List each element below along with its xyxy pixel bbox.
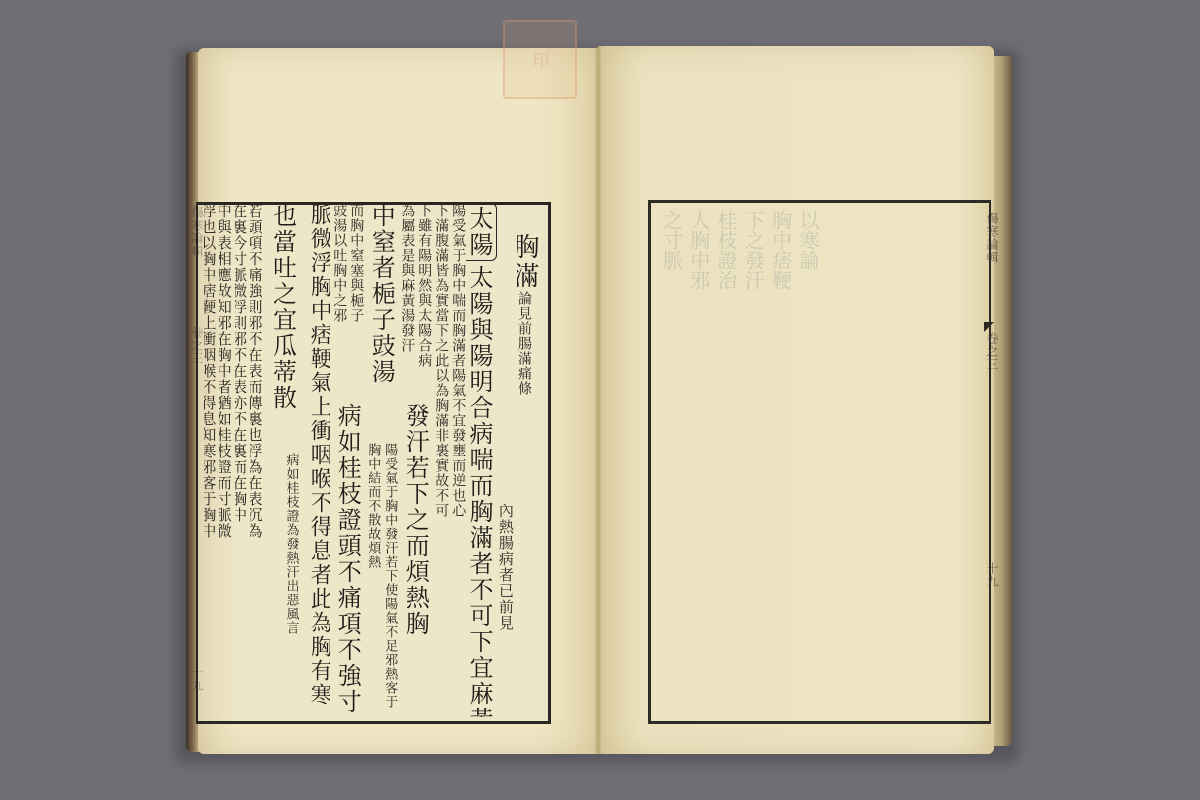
banxin-book-title: 傷寒論輯 bbox=[985, 212, 999, 264]
text-column-heading: 胸滿論見前腸滿痛條 bbox=[517, 203, 544, 717]
section-label-box: 太陽 bbox=[466, 203, 497, 261]
center-gutter bbox=[594, 46, 602, 754]
banxin-volume: 卷之三 bbox=[985, 332, 999, 371]
show-through-text: 以寒論 胸中痞鞕 下之發汗 桂枝證治 人胸中邪 之寸脈 bbox=[660, 210, 820, 710]
text-column-double-note: 陽受氣于胸中喘而胸滿者陽氣不宜發壅而逆也心 下滿腹滿皆為實當下之此以為胸滿非裏實… bbox=[432, 203, 466, 717]
text-column-mixed: 下雖有陽明然與太陽合病 為屬表是與麻黃湯發汗 發汗若下之而煩熱胸 bbox=[398, 203, 432, 717]
text-column-mixed: 也當吐之宜瓜蒂散 病如桂枝證為發熱汗出惡風言 bbox=[265, 203, 299, 717]
text-column-main: 太陽太陽與陽明合病喘而胸滿者不可下宜麻黃湯 bbox=[466, 203, 497, 717]
text-column-main: 脈微浮胸中痞鞕氣上衝咽喉不得息者此為胸有寒 bbox=[299, 203, 330, 717]
text-column-note: 浮也以胸中痞鞕上衝咽喉不得息知寒邪客于胸中 bbox=[204, 203, 219, 717]
banxin-folio: 十九 bbox=[985, 562, 999, 588]
text-column-note: 中與表相應故知邪在胸中者猶如桂枝證而寸脈微 bbox=[219, 203, 234, 717]
text-column-note: 若頭項不痛強則邪不在表而傳裏也浮為在表沉為 bbox=[250, 203, 265, 717]
text-column-mixed: 而胸中窒塞與梔子 豉湯以吐胸中之邪 病如桂枝證頭不痛項不強寸 bbox=[330, 203, 364, 717]
left-text-columns: 胸滿論見前腸滿痛條 內熱腸病者已前見 太陽太陽與陽明合病喘而胸滿者不可下宜麻黃湯… bbox=[204, 203, 544, 717]
text-column-note: 內熱腸病者已前見 bbox=[497, 203, 517, 717]
text-column-mixed: 中窒者梔子豉湯 陽受氣于胸中發汗若下使陽氣不足邪熱客于胸中結而不散故煩熱 bbox=[364, 203, 398, 717]
collection-seal-stamp: 印 bbox=[503, 20, 577, 99]
right-banxin-strip: 傷寒論輯 卷之三 十九 bbox=[984, 202, 1002, 718]
scan-scene: 印 傷寒論輯 卷之三 十九 胸滿論見前腸滿痛條 內熱腸病者已前見 太陽太陽與陽明… bbox=[0, 0, 1200, 800]
text-column-note: 在裏今寸脈微浮則邪不在表亦不在裏而在胸中 bbox=[235, 203, 250, 717]
